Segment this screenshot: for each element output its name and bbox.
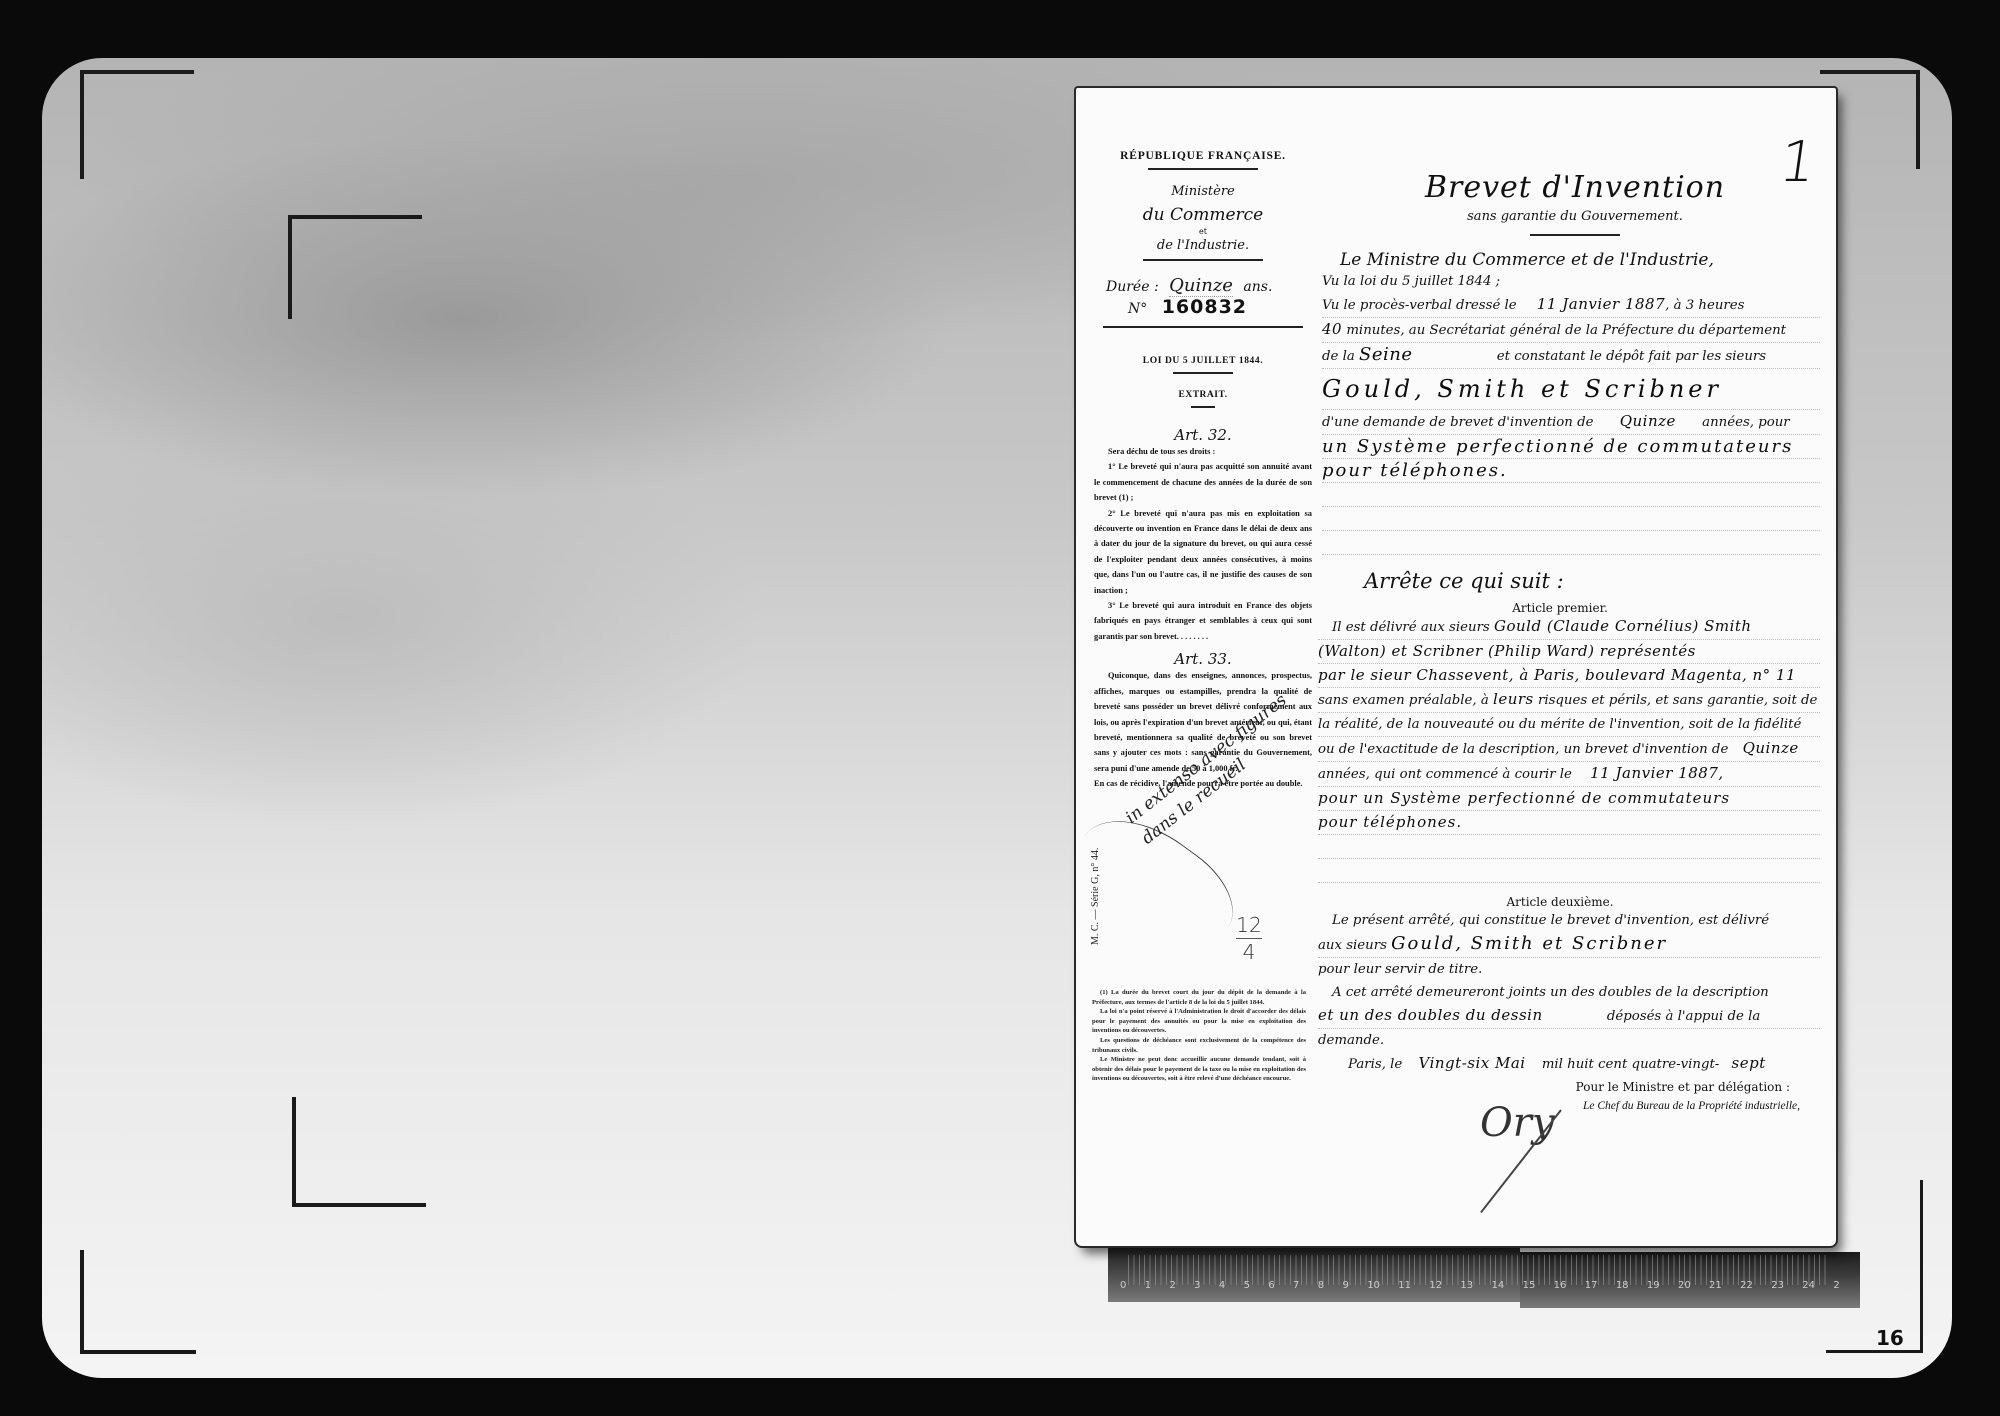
text: de la xyxy=(1322,349,1355,364)
invention-title-2: pour téléphones. xyxy=(1322,459,1820,483)
number-label: N° xyxy=(1128,301,1147,317)
corner-mark-top-left xyxy=(80,70,194,179)
article-2-line: aux sieurs Gould, Smith et Scribner xyxy=(1318,932,1820,958)
article-2-line: et un des doubles du dessin déposés à l'… xyxy=(1318,1004,1820,1029)
ruler-label: 10 xyxy=(1367,1280,1380,1291)
document-subtitle: sans garantie du Gouvernement. xyxy=(1330,209,1820,224)
series-code: M. C. — Série G, n° 44. xyxy=(1090,848,1101,945)
corner-mark-bottom-left xyxy=(80,1250,196,1354)
patent-years: Quinze xyxy=(1743,739,1799,757)
ruler-label: 3 xyxy=(1194,1280,1200,1291)
pv-minutes: 40 xyxy=(1322,320,1342,338)
extract-heading: EXTRAIT. xyxy=(1090,390,1316,400)
ministry-line-2: du Commerce xyxy=(1090,205,1316,225)
article-2-line: demande. xyxy=(1318,1029,1820,1052)
text: Il est délivré aux sieurs xyxy=(1332,620,1490,635)
duration-field: Durée : Quinze ans. xyxy=(1090,275,1316,296)
ruler-label: 2 xyxy=(1169,1280,1175,1291)
applicant-names: Gould, Smith et Scribner xyxy=(1391,933,1667,954)
divider xyxy=(1173,372,1233,374)
article-1-line: (Walton) et Scribner (Philip Ward) repré… xyxy=(1318,640,1820,664)
article-2-heading: Article deuxième. xyxy=(1300,895,1820,909)
blank-line xyxy=(1322,531,1820,555)
ruler-label: 18 xyxy=(1616,1280,1629,1291)
start-date: 11 Janvier 1887, xyxy=(1590,764,1724,782)
article-1-line: la réalité, de la nouveauté ou du mérite… xyxy=(1318,713,1820,737)
text: années, qui ont commencé à courir le xyxy=(1318,767,1572,782)
text: déposés à l'appui de la xyxy=(1607,1009,1761,1024)
ministry-line-3: de l'Industrie. xyxy=(1090,238,1316,253)
divider xyxy=(1191,406,1215,408)
article-1-line: Il est délivré aux sieurs Gould (Claude … xyxy=(1318,615,1820,640)
ruler-labels: 0123456789101112131415161718192021222324… xyxy=(1120,1280,1840,1291)
ruler-label: 9 xyxy=(1342,1280,1348,1291)
law-paragraph: 2° Le breveté qui n'aura pas mis en expl… xyxy=(1094,506,1312,598)
divider xyxy=(1103,326,1303,328)
blank-line xyxy=(1322,483,1820,507)
proces-verbal-line-2: 40 minutes, au Secrétariat général de la… xyxy=(1322,318,1820,343)
law-paragraph: 3° Le breveté qui aura introduit en Fran… xyxy=(1094,598,1312,644)
document-title: Brevet d'Invention xyxy=(1330,170,1820,205)
text: d'une demande de brevet d'invention de xyxy=(1322,415,1593,430)
ruler-label: 13 xyxy=(1460,1280,1473,1291)
ruler-label: 16 xyxy=(1554,1280,1567,1291)
ruler-label: 6 xyxy=(1268,1280,1274,1291)
ministry-et: et xyxy=(1090,227,1316,236)
ruler-label: 24 xyxy=(1802,1280,1815,1291)
patent-number-field: N° 160832 xyxy=(1090,296,1316,318)
proces-verbal-line: Vu le procès-verbal dressé le 11 Janvier… xyxy=(1322,293,1820,318)
blank-line xyxy=(1318,835,1820,859)
text: aux sieurs xyxy=(1318,938,1387,953)
fraction-bottom: 4 xyxy=(1236,939,1262,965)
text: années, pour xyxy=(1702,415,1790,430)
ruler-label: 0 xyxy=(1120,1280,1126,1291)
agent-line: par le sieur Chassevent, à Paris, boulev… xyxy=(1318,664,1820,688)
article-1-body: Il est délivré aux sieurs Gould (Claude … xyxy=(1300,615,1820,883)
patent-number: 160832 xyxy=(1162,296,1247,318)
duration-label: Durée : xyxy=(1106,279,1159,295)
ruler-label: 1 xyxy=(1145,1280,1151,1291)
footnote: Les questions de déchéance sont exclusiv… xyxy=(1092,1036,1306,1055)
inner-mark-bottom-left xyxy=(292,1097,426,1207)
footnote: (1) La durée du brevet court du jour du … xyxy=(1092,988,1306,1007)
department-line: de la Seine et constatant le dépôt fait … xyxy=(1322,343,1820,369)
ruler-label: 23 xyxy=(1771,1280,1784,1291)
law-paragraph: Sera déchu de tous ses droits : xyxy=(1094,444,1312,459)
right-column: Brevet d'Invention sans garantie du Gouv… xyxy=(1300,170,1820,1112)
text: , à 3 heures xyxy=(1665,298,1744,313)
text: sans examen préalable, à xyxy=(1318,693,1489,708)
applicant-names: Gould (Claude Cornélius) Smith xyxy=(1494,617,1752,635)
ministry-line-1: Ministère xyxy=(1090,184,1316,199)
date-year: sept xyxy=(1732,1054,1766,1072)
article-32-text: Sera déchu de tous ses droits : 1° Le br… xyxy=(1090,444,1316,644)
ruler-label: 5 xyxy=(1244,1280,1250,1291)
invention-title-1: un Système perfectionné de commutateurs xyxy=(1322,435,1820,459)
drawing-note: et un des doubles du dessin xyxy=(1318,1006,1543,1024)
ruler-label: 4 xyxy=(1219,1280,1225,1291)
text: minutes, au Secrétariat général de la Pr… xyxy=(1346,323,1786,338)
department-value: Seine xyxy=(1359,344,1413,365)
article-2-line: A cet arrêté demeureront joints un des d… xyxy=(1318,981,1820,1004)
plate-page-number: 16 xyxy=(1876,1326,1904,1350)
inner-mark-top-left xyxy=(288,215,422,319)
article-2-line: Le présent arrêté, qui constitue le brev… xyxy=(1318,909,1820,932)
ruler-label: 12 xyxy=(1429,1280,1442,1291)
preamble: Vu la loi du 5 juillet 1844 ; Vu le proc… xyxy=(1300,270,1820,555)
law-heading: LOI DU 5 JUILLET 1844. xyxy=(1090,356,1316,366)
ruler-label: 7 xyxy=(1293,1280,1299,1291)
footnote: Le Ministre ne peut donc accueillir aucu… xyxy=(1092,1055,1306,1084)
article-1-line: sans examen préalable, à leurs risques e… xyxy=(1318,688,1820,713)
ruler-label: 20 xyxy=(1678,1280,1691,1291)
text: ou de l'exactitude de la description, un… xyxy=(1318,742,1728,757)
article-2-body: Le présent arrêté, qui constitue le brev… xyxy=(1300,909,1820,1076)
ruler-label: 14 xyxy=(1492,1280,1505,1291)
article-2-line: pour leur servir de titre. xyxy=(1318,958,1820,981)
divider xyxy=(1148,168,1258,170)
date-line: Paris, le Vingt-six Mai mil huit cent qu… xyxy=(1318,1052,1820,1076)
handwritten-word: leurs xyxy=(1493,690,1534,708)
request-years: Quinze xyxy=(1620,412,1676,430)
minister-heading: Le Ministre du Commerce et de l'Industri… xyxy=(1340,250,1820,270)
invention-title-1: pour un Système perfectionné de commutat… xyxy=(1318,787,1820,811)
republic-heading: RÉPUBLIQUE FRANÇAISE. xyxy=(1090,150,1316,162)
text: mil huit cent quatre-vingt- xyxy=(1542,1057,1719,1072)
duration-value: Quinze xyxy=(1169,275,1233,297)
ruler-label: 15 xyxy=(1523,1280,1536,1291)
ruler-label: 17 xyxy=(1585,1280,1598,1291)
text: et constatant le dépôt fait par les sieu… xyxy=(1497,349,1766,364)
article-33-heading: Art. 33. xyxy=(1090,650,1316,668)
divider xyxy=(1143,259,1263,261)
pv-date: 11 Janvier 1887 xyxy=(1537,295,1665,313)
date-day: Vingt-six Mai xyxy=(1419,1054,1526,1072)
article-1-heading: Article premier. xyxy=(1300,601,1820,615)
blank-line xyxy=(1322,507,1820,531)
divider xyxy=(1530,234,1620,236)
text: Vu le procès-verbal dressé le xyxy=(1322,298,1517,313)
text: risques et périls, et sans garantie, soi… xyxy=(1538,693,1817,708)
footnote: La loi n'a point réservé à l'Administrat… xyxy=(1092,1007,1306,1036)
ruler-label: 2 xyxy=(1833,1280,1839,1291)
blank-line xyxy=(1318,859,1820,883)
applicants: Gould, Smith et Scribner xyxy=(1322,369,1820,410)
delegation-line: Pour le Ministre et par délégation : xyxy=(1300,1080,1790,1094)
law-paragraph: 1° Le breveté qui n'aura pas acquitté so… xyxy=(1094,459,1312,505)
footnotes: (1) La durée du brevet court du jour du … xyxy=(1092,988,1306,1084)
fraction-top: 12 xyxy=(1236,912,1262,938)
ruler-label: 11 xyxy=(1398,1280,1411,1291)
article-32-heading: Art. 32. xyxy=(1090,426,1316,444)
arrete-heading: Arrête ce qui suit : xyxy=(1364,569,1820,593)
signature: Ory xyxy=(1480,1100,1555,1146)
folio-fraction: 12 4 xyxy=(1236,912,1262,965)
ruler-label: 21 xyxy=(1709,1280,1722,1291)
duration-unit: ans. xyxy=(1243,279,1272,295)
article-1-line: années, qui ont commencé à courir le 11 … xyxy=(1318,762,1820,787)
ruler-label: 8 xyxy=(1318,1280,1324,1291)
invention-title-2: pour téléphones. xyxy=(1318,811,1820,835)
vu-loi: Vu la loi du 5 juillet 1844 ; xyxy=(1322,270,1820,293)
ruler-label: 22 xyxy=(1740,1280,1753,1291)
request-line: d'une demande de brevet d'invention de Q… xyxy=(1322,410,1820,435)
text: Paris, le xyxy=(1348,1057,1402,1072)
article-1-line: ou de l'exactitude de la description, un… xyxy=(1318,737,1820,762)
ruler-label: 19 xyxy=(1647,1280,1660,1291)
